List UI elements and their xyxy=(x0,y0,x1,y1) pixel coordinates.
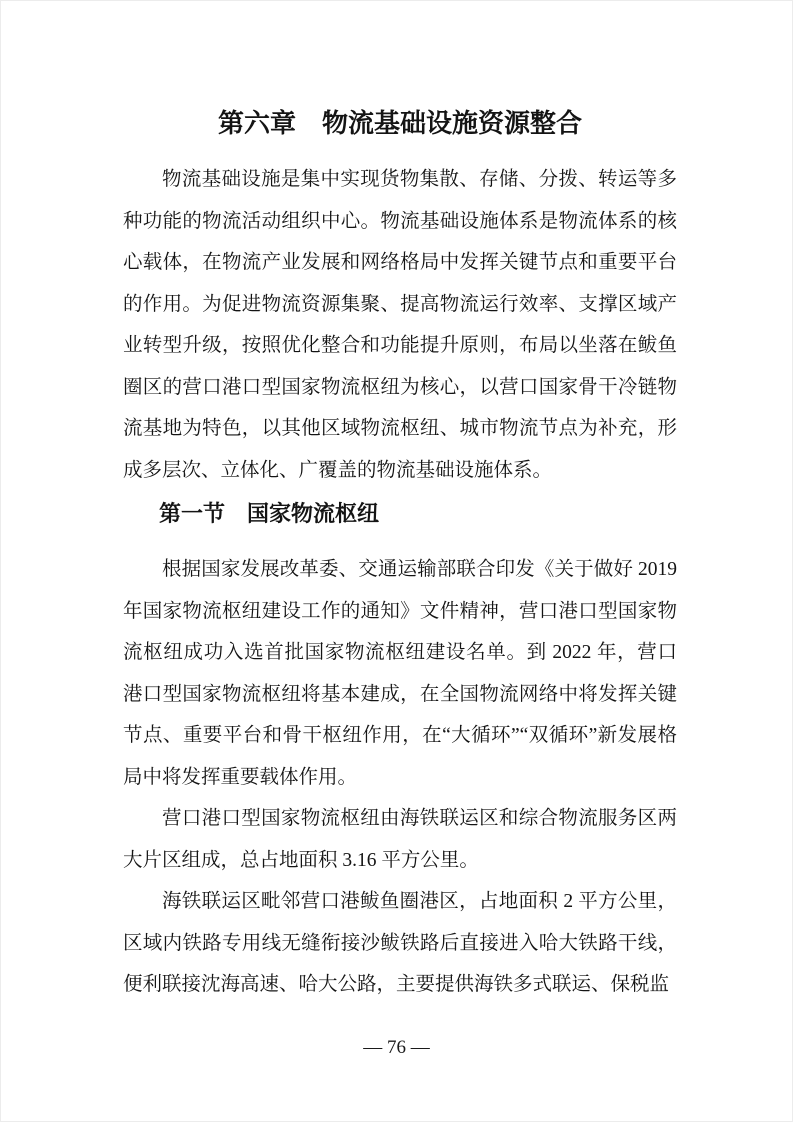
chapter-title: 第六章 物流基础设施资源整合 xyxy=(123,105,677,143)
intro-paragraph: 物流基础设施是集中实现货物集散、存储、分拨、转运等多种功能的物流活动组织中心。物… xyxy=(123,159,677,491)
section-heading: 第一节 国家物流枢纽 xyxy=(123,497,677,531)
page-content: 第六章 物流基础设施资源整合 物流基础设施是集中实现货物集散、存储、分拨、转运等… xyxy=(123,1,677,1006)
rail-sea-zone-paragraph: 海铁联运区毗邻营口港鲅鱼圈港区，占地面积 2 平方公里，区域内铁路专用线无缝衔接… xyxy=(123,881,677,1006)
page-number: — 76 — xyxy=(1,1037,792,1059)
document-page: 第六章 物流基础设施资源整合 物流基础设施是集中实现货物集散、存储、分拨、转运等… xyxy=(0,0,793,1122)
hub-selection-paragraph: 根据国家发展改革委、交通运输部联合印发《关于做好 2019 年国家物流枢纽建设工… xyxy=(123,549,677,798)
hub-composition-paragraph: 营口港口型国家物流枢纽由海铁联运区和综合物流服务区两大片区组成，总占地面积 3.… xyxy=(123,798,677,881)
